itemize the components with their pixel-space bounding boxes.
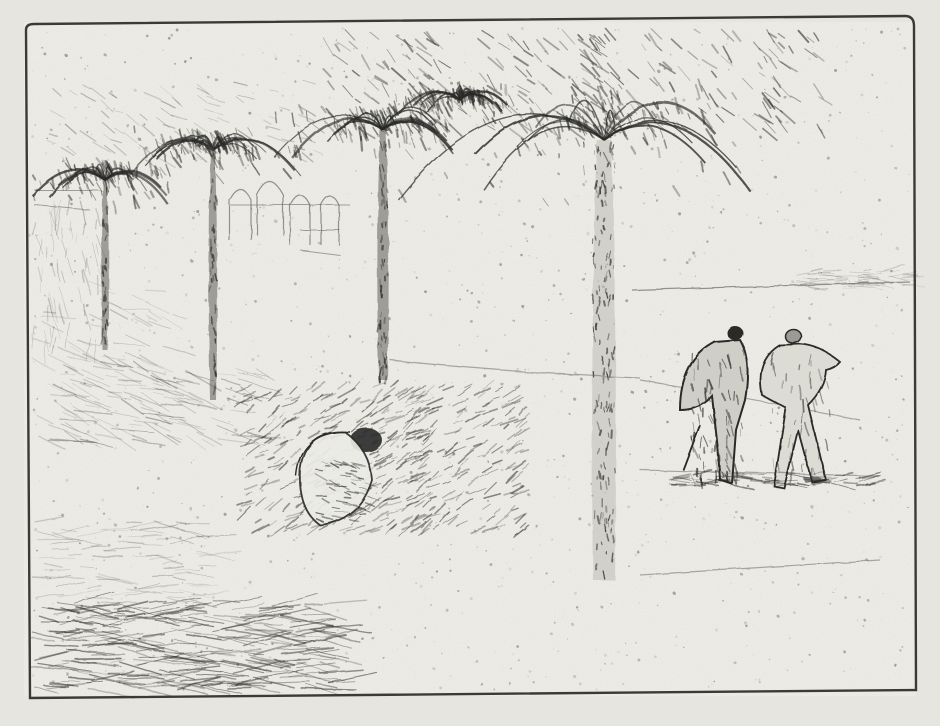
etching-artwork	[0, 0, 940, 726]
etching-canvas	[0, 0, 940, 726]
